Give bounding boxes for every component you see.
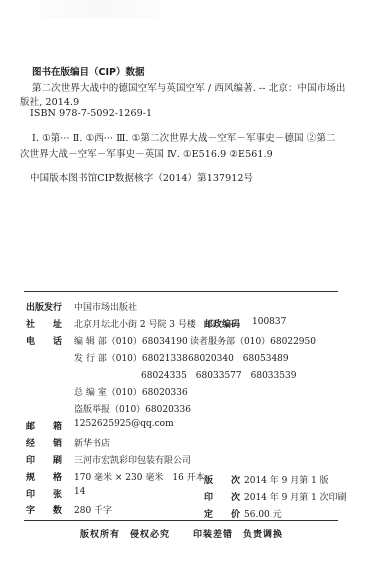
spec-label: 规 格	[26, 470, 62, 483]
phone-distribution: 发 行 部（010）68021338	[74, 351, 188, 364]
postcode-value: 100837	[252, 317, 286, 327]
printer-label: 印 刷	[26, 453, 62, 466]
printing-value: 2014 年 9 月第 1 次印刷	[244, 490, 347, 503]
printing-defect-notice: 印装差错 负责调换	[193, 527, 283, 540]
spec-value: 170 毫米 × 230 毫米 16 开本	[74, 470, 205, 483]
words-label: 字 数	[26, 503, 62, 516]
cip-heading: 图书在版编目（CIP）数据	[32, 64, 144, 78]
classification-line-2: 次世界大战－空军－军事史－英国 Ⅳ. ①E516.9 ②E561.9	[20, 146, 273, 160]
bleed-through-noise	[40, 0, 160, 18]
isbn: ISBN 978-7-5092-1269-1	[30, 108, 152, 119]
publisher-value: 中国市场出版社	[74, 300, 137, 313]
cip-number: 中国版本图书馆CIP数据核字（2014）第137912号	[30, 170, 253, 184]
bottom-divider	[24, 520, 338, 521]
postcode-label: 邮政编码	[204, 317, 240, 330]
edition-label: 版 次	[204, 473, 240, 486]
publisher-label: 出版发行	[26, 300, 62, 313]
address-label: 社 址	[26, 317, 62, 330]
classification-line-1: Ⅰ. ①第··· Ⅱ. ①西··· Ⅲ. ①第二次世界大战－空军－军事史－德国 …	[32, 130, 336, 144]
top-divider	[24, 291, 338, 292]
address-value: 北京月坛北小街 2 号院 3 号楼	[74, 317, 196, 330]
distributor-value: 新华书店	[74, 436, 110, 449]
cip-book-line-2: 版社, 2014.9	[20, 94, 79, 108]
phone-chief-editor: 总 编 室（010）68020336	[74, 385, 188, 398]
sheets-label: 印 张	[26, 487, 62, 500]
words-value: 280 千字	[74, 503, 112, 516]
edition-value: 2014 年 9 月第 1 版	[244, 473, 329, 486]
price-value: 56.00 元	[244, 507, 282, 520]
email-value: 1252625925@qq.com	[74, 419, 174, 429]
phone-editorial: 编 辑 部（010）68034190	[74, 334, 188, 347]
price-label: 定 价	[204, 507, 240, 520]
cip-book-line-1: 第二次世界大战中的德国空军与英国空军 / 西风编著. -- 北京：中国市场出	[32, 80, 346, 94]
copyright-notice: 版权所有 侵权必究	[80, 527, 170, 540]
phone-reader-service: 读者服务部（010）68022950	[190, 334, 316, 347]
phone-distribution-extra-2: 68024335 68033577 68033539	[141, 368, 296, 381]
email-label: 邮 箱	[26, 419, 62, 432]
printing-label: 印 次	[204, 490, 240, 503]
phone-piracy-report: 盗版举报（010）68020336	[74, 402, 191, 415]
sheets-value: 14	[74, 487, 85, 497]
phone-distribution-extra: 68020340 68053489	[188, 351, 289, 364]
phone-label: 电 话	[26, 334, 62, 347]
distributor-label: 经 销	[26, 436, 62, 449]
printer-value: 三河市宏凯彩印包装有限公司	[74, 453, 191, 466]
